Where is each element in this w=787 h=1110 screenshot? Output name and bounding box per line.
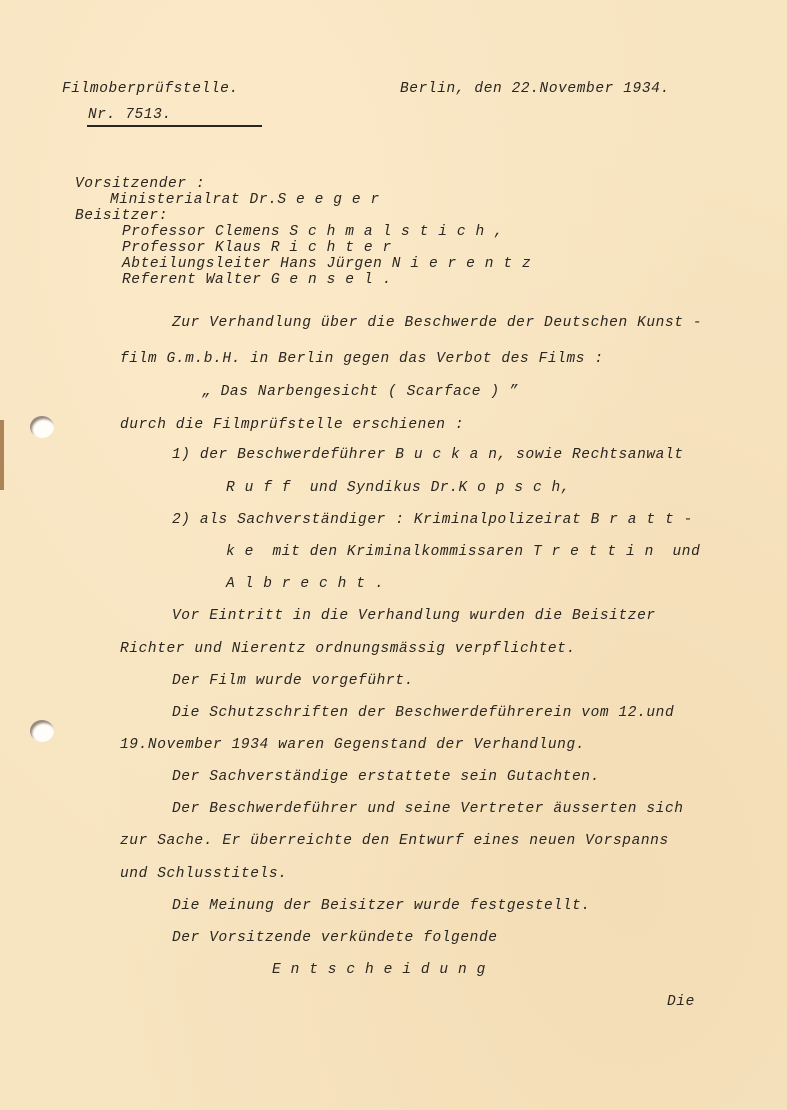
body-line: R u f f und Syndikus Dr.K o p s c h, — [226, 480, 570, 496]
number-underline — [87, 125, 262, 127]
member-line: Professor Klaus R i c h t e r — [122, 240, 392, 256]
catchword: Die — [667, 994, 695, 1010]
body-line: k e mit den Kriminalkommissaren T r e t … — [226, 544, 700, 560]
paper-edge-stain — [0, 420, 4, 490]
member-line: Professor Clemens S c h m a l s t i c h … — [122, 224, 503, 240]
member-line: Referent Walter G e n s e l . — [122, 272, 392, 288]
decision-heading: E n t s c h e i d u n g — [272, 962, 486, 978]
body-line: film G.m.b.H. in Berlin gegen das Verbot… — [120, 351, 604, 367]
body-line: Der Vorsitzende verkündete folgende — [172, 930, 498, 946]
members-label: Beisitzer: — [75, 208, 168, 224]
body-line: Die Schutzschriften der Beschwerdeführer… — [172, 705, 674, 721]
place-date: Berlin, den 22.November 1934. — [400, 81, 670, 97]
punch-hole-icon — [30, 720, 54, 742]
chair-label: Vorsitzender : — [75, 176, 205, 192]
body-line: Zur Verhandlung über die Beschwerde der … — [172, 315, 702, 331]
body-line: Der Film wurde vorgeführt. — [172, 673, 414, 689]
body-line: Richter und Nierentz ordnungsmässig verp… — [120, 641, 576, 657]
body-line: Der Sachverständige erstattete sein Guta… — [172, 769, 600, 785]
body-line: zur Sache. Er überreichte den Entwurf ei… — [120, 833, 669, 849]
document-page: Filmoberprüfstelle. Berlin, den 22.Novem… — [0, 0, 787, 1110]
body-line: Die Meinung der Beisitzer wurde festgest… — [172, 898, 591, 914]
office-name: Filmoberprüfstelle. — [62, 81, 239, 97]
body-line: 19.November 1934 waren Gegenstand der Ve… — [120, 737, 585, 753]
file-number: Nr. 7513. — [88, 107, 172, 123]
body-line: 2) als Sachverständiger : Kriminalpolize… — [172, 512, 693, 528]
body-line: 1) der Beschwerdeführer B u c k a n, sow… — [172, 447, 684, 463]
body-line: Vor Eintritt in die Verhandlung wurden d… — [172, 608, 656, 624]
body-line: und Schlusstitels. — [120, 866, 287, 882]
body-line: durch die Filmprüfstelle erschienen : — [120, 417, 464, 433]
member-line: Abteilungsleiter Hans Jürgen N i e r e n… — [122, 256, 531, 272]
body-line: A l b r e c h t . — [226, 576, 384, 592]
punch-hole-icon — [30, 416, 54, 438]
body-line: Der Beschwerdeführer und seine Vertreter… — [172, 801, 684, 817]
film-title: „ Das Narbengesicht ( Scarface ) ” — [202, 384, 518, 400]
chair-name: Ministerialrat Dr.S e e g e r — [110, 192, 380, 208]
